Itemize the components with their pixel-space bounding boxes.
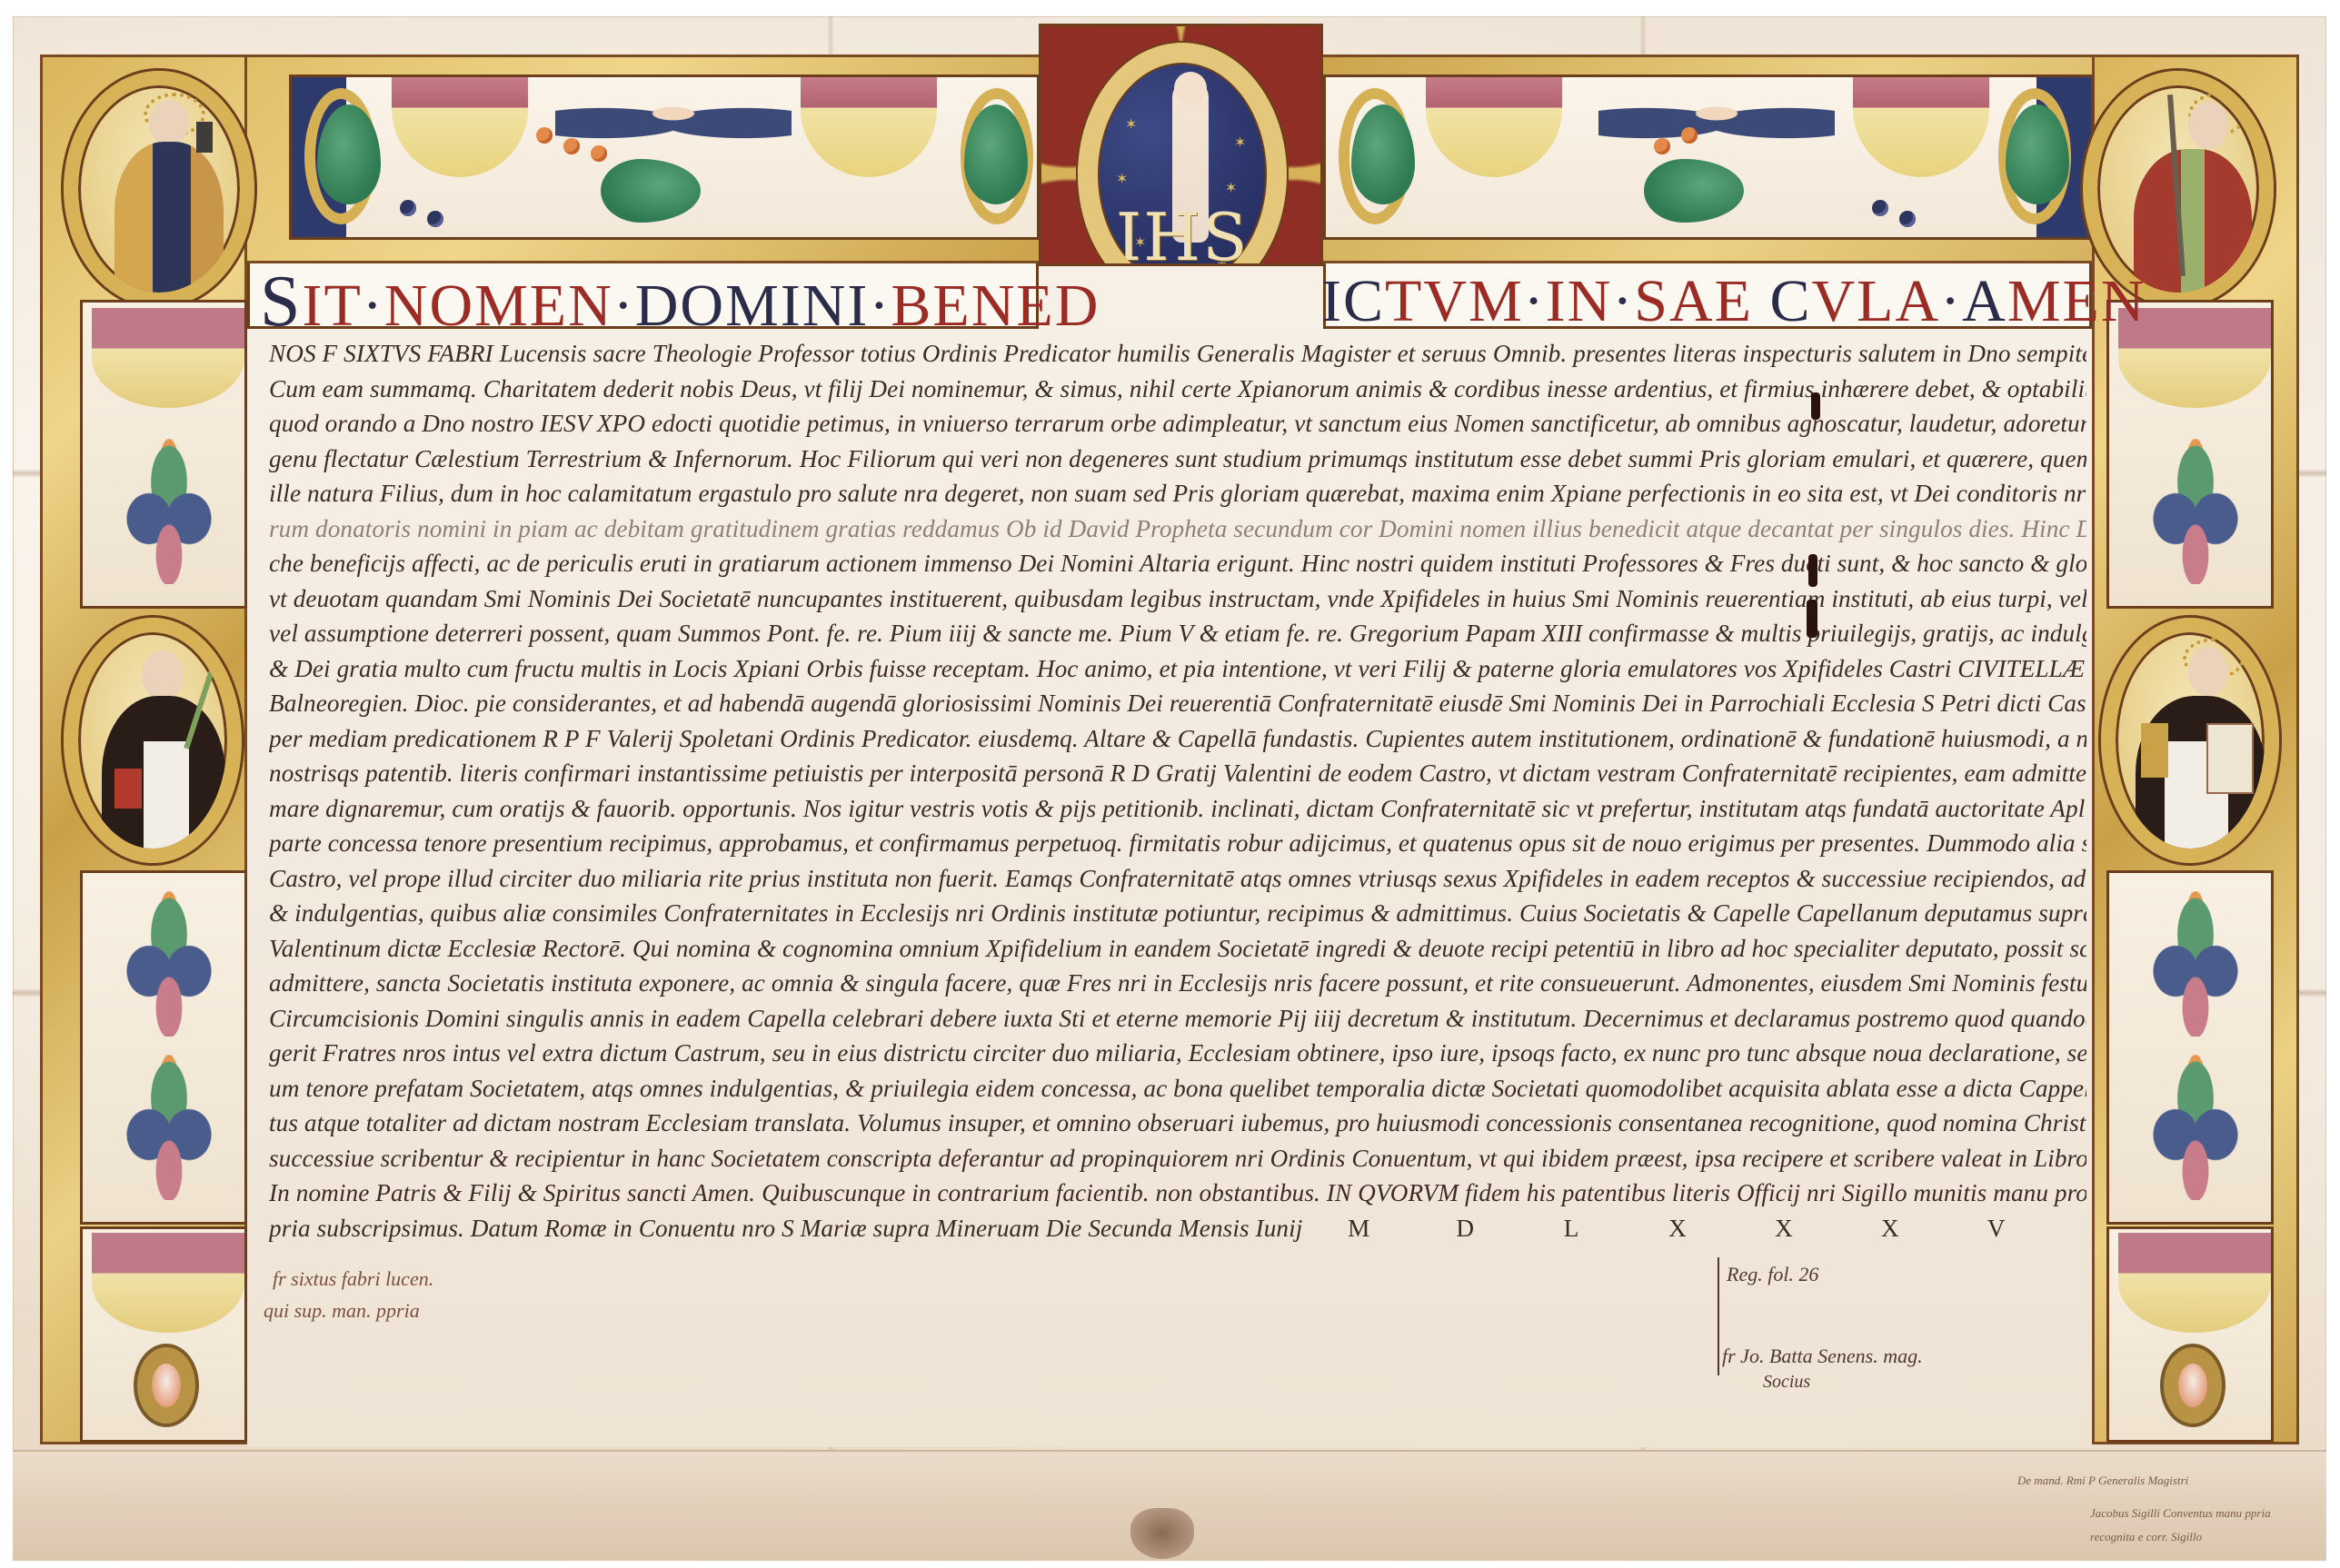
jeweled-pendant-icon bbox=[137, 1347, 195, 1424]
winged-cherub-head bbox=[1598, 88, 1835, 152]
text-line: admittere, sancta Societatis instituta e… bbox=[269, 966, 2086, 1001]
christ-child-head bbox=[1174, 72, 1207, 104]
saint-thomas-aquinas-medallion bbox=[2101, 618, 2279, 863]
saint-head bbox=[149, 100, 189, 145]
drapery-swag bbox=[92, 1233, 244, 1333]
floral-candelabrum-ornament bbox=[2146, 891, 2245, 1037]
socius-signature-line2: Socius bbox=[1763, 1372, 1810, 1393]
dating-clause: pria subscripsimus. Datum Romæ in Conuen… bbox=[269, 1215, 1302, 1242]
jeweled-pendant-icon bbox=[2164, 1347, 2222, 1424]
date-numeral: M bbox=[1309, 1211, 1409, 1246]
text-line: gerit Fratres nros intus vel extra dictu… bbox=[269, 1036, 2086, 1071]
star-icon: ✶ bbox=[1116, 172, 1128, 186]
saint-head bbox=[142, 650, 184, 700]
drapery-swag bbox=[801, 77, 937, 177]
left-lower-pillar bbox=[80, 870, 247, 1225]
saint-head bbox=[2188, 647, 2228, 696]
text-line: tus atque totaliter ad dictam nostram Ec… bbox=[269, 1106, 2086, 1141]
drapery-swag bbox=[2118, 1233, 2271, 1333]
burn-hole bbox=[1807, 600, 1817, 638]
drapery-swag bbox=[1426, 77, 1562, 177]
open-book-icon bbox=[2206, 723, 2254, 794]
plica-note-line2: Jacobus Sigilli Conventus manu ppria bbox=[2090, 1506, 2271, 1521]
monstrance-icon bbox=[2141, 723, 2168, 778]
saint-head bbox=[2188, 102, 2228, 149]
general-signature-line1: fr sixtus fabri lucen. bbox=[273, 1267, 433, 1291]
coral-garland-bead bbox=[536, 127, 553, 144]
coral-garland-bead bbox=[1654, 138, 1670, 154]
text-line: Circumcisionis Domini singulis annis in … bbox=[269, 1001, 2086, 1037]
date-numeral: D bbox=[1415, 1211, 1515, 1246]
right-lower-pillar bbox=[2106, 870, 2274, 1225]
date-numeral: L bbox=[1521, 1211, 1621, 1246]
text-line: successiue scribentur & recipientur in h… bbox=[269, 1141, 2086, 1176]
keys-icon bbox=[196, 122, 213, 153]
top-right-frieze bbox=[1323, 74, 2094, 240]
coral-garland-bead bbox=[563, 138, 580, 154]
date-numeral: X bbox=[1734, 1211, 1834, 1246]
text-line: parte concessa tenore presentium recipim… bbox=[269, 826, 2086, 861]
register-reference: Reg. fol. 26 bbox=[1727, 1263, 1818, 1286]
text-line: um tenore prefatam Societatem, atqs omne… bbox=[269, 1071, 2086, 1107]
star-icon: ✶ bbox=[1225, 181, 1237, 195]
pearl-garland-bead bbox=[1899, 211, 1916, 227]
text-line: & Dei gratia multo cum fructu multis in … bbox=[269, 651, 2086, 687]
winged-cherub-head bbox=[555, 88, 792, 152]
floral-candelabrum-ornament bbox=[119, 891, 219, 1037]
left-upper-pillar bbox=[80, 300, 247, 609]
burn-hole bbox=[1808, 554, 1817, 587]
text-line: mare dignaremur, cum oratijs & fauorib. … bbox=[269, 791, 2086, 827]
date-numeral: X bbox=[1840, 1211, 1940, 1246]
text-line: Balneoregien. Dioc. pie considerantes, e… bbox=[269, 686, 2086, 721]
floral-candelabrum-ornament bbox=[119, 1055, 219, 1200]
text-line: NOS F SIXTVS FABRI Lucensis sacre Theolo… bbox=[269, 336, 2086, 372]
floral-candelabrum-ornament bbox=[2146, 439, 2245, 584]
acanthus-leaf-icon bbox=[1644, 159, 1744, 223]
floral-candelabrum-ornament bbox=[119, 439, 219, 584]
text-line: ille natura Filius, dum in hoc calamitat… bbox=[269, 476, 2086, 511]
saint-peter-medallion bbox=[64, 71, 254, 307]
saint-robe bbox=[115, 142, 224, 296]
right-upper-pillar bbox=[2106, 300, 2274, 609]
drapery-swag bbox=[92, 308, 244, 408]
title-left-half: SIT·NOMEN·DOMINI·BENED bbox=[260, 273, 1041, 331]
saint-robe bbox=[2134, 149, 2252, 303]
right-base-pillar bbox=[2106, 1226, 2274, 1443]
text-line: rum donatoris nomini in piam ac debitam … bbox=[269, 511, 2086, 547]
text-line: per mediam predicationem R P F Valerij S… bbox=[269, 721, 2086, 757]
date-numeral: X bbox=[1628, 1211, 1728, 1246]
top-left-frieze bbox=[289, 74, 1040, 240]
plica-note-line3: recognita e corr. Sigillo bbox=[2090, 1530, 2202, 1544]
pearl-garland-bead bbox=[400, 200, 416, 216]
text-line: Castro, vel prope illud circiter duo mil… bbox=[269, 861, 2086, 897]
text-line: nostrisqs patentib. literis confirmari i… bbox=[269, 756, 2086, 791]
coral-garland-bead bbox=[1681, 127, 1698, 144]
dating-clause-line: pria subscripsimus. Datum Romæ in Conuen… bbox=[269, 1211, 2086, 1246]
drapery-swag bbox=[392, 77, 528, 177]
acanthus-leaf-icon bbox=[601, 159, 701, 223]
socius-signature-line1: fr Jo. Batta Senens. mag. bbox=[1722, 1345, 1923, 1368]
star-icon: ✶ bbox=[1125, 117, 1137, 132]
red-book-icon bbox=[115, 769, 142, 809]
charter-body-text: NOS F SIXTVS FABRI Lucensis sacre Theolo… bbox=[269, 336, 2086, 1245]
date-numeral: V bbox=[1947, 1211, 2046, 1246]
star-icon: ✶ bbox=[1234, 135, 1246, 150]
general-signature-line2: qui sup. man. ppria bbox=[264, 1299, 420, 1323]
saint-dominic-medallion bbox=[64, 618, 242, 863]
text-line: In nomine Patris & Filij & Spiritus sanc… bbox=[269, 1176, 2086, 1211]
title-word: IT bbox=[303, 273, 363, 339]
burn-hole bbox=[1811, 392, 1820, 420]
text-line: Valentinum dictæ Ecclesiæ Rectorē. Qui n… bbox=[269, 931, 2086, 967]
coral-garland-bead bbox=[591, 145, 607, 162]
text-line: & indulgentias, quibus aliæ consimiles C… bbox=[269, 896, 2086, 931]
pearl-garland-bead bbox=[427, 211, 443, 227]
pearl-garland-bead bbox=[1872, 200, 1888, 216]
signature-flourish bbox=[1718, 1257, 1719, 1375]
initial-S: S bbox=[260, 262, 303, 342]
plica-note-line1: De mand. Rmi P Generalis Magistri bbox=[2017, 1474, 2188, 1488]
seal-attachment-hole bbox=[1130, 1508, 1194, 1559]
left-base-pillar bbox=[80, 1226, 247, 1443]
title-right-half: ICTVM·IN·SAE CVLA·AMEN bbox=[1321, 273, 2094, 331]
text-line: genu flectatur Cælestium Terrestrium & I… bbox=[269, 442, 2086, 477]
drapery-swag bbox=[1853, 77, 1989, 177]
floral-candelabrum-ornament bbox=[2146, 1055, 2245, 1200]
white-scapular bbox=[144, 741, 189, 863]
